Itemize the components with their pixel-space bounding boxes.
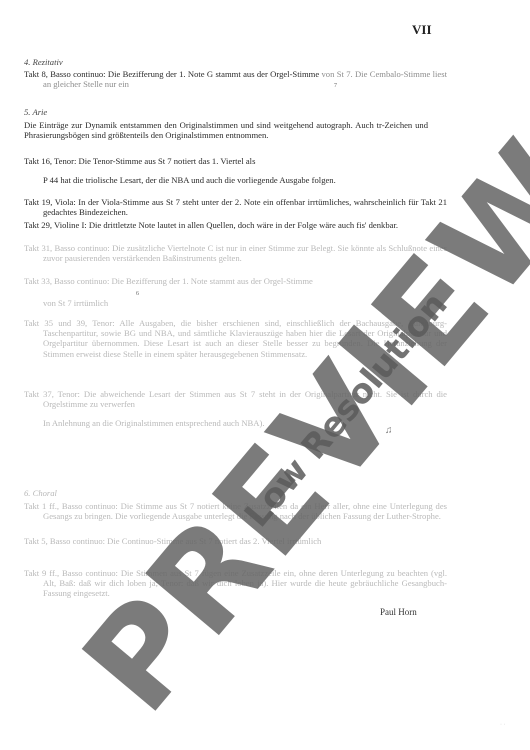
note-choral-3: Takt 9 ff., Basso continuo: Die Stimmen … [24,568,447,599]
note-takt-35-39: Takt 35 und 39, Tenor: Alle Ausgaben, di… [24,318,447,359]
note-choral-2: Takt 5, Basso continuo: Die Continuo-Sti… [24,536,447,546]
section-4-heading: 4. Rezitativ [24,57,428,67]
figured-bass-figure: 7 [334,83,337,89]
section-6-heading: 6. Choral [24,488,428,498]
note-takt-16: Takt 16, Tenor: Die Tenor-Stimme aus St … [24,156,447,166]
note-takt-8-line-1: Takt 8, Basso continuo: Die Bezifferung … [24,69,319,79]
note-takt-37: Takt 37, Tenor: Die abweichende Lesart d… [24,389,447,409]
page-number: VII [412,22,432,38]
document-page: VII 4. Rezitativ Takt 8, Basso continuo:… [0,0,530,750]
section-5-heading: 5. Arie [24,107,428,117]
note-takt-37-cont: In Anlehnung an die Originalstimmen ents… [24,418,447,428]
note-takt-31: Takt 31, Basso continuo: Die zusätzliche… [24,243,447,263]
note-takt-33-cont: von St 7 irrtümlich [24,298,447,308]
note-takt-33: Takt 33, Basso continuo: Die Bezifferung… [24,276,447,286]
figured-bass-figure-2: 6 [136,291,139,297]
note-takt-29: Takt 29, Violine I: Die drittletzte Note… [24,220,447,230]
note-takt-8: Takt 8, Basso continuo: Die Bezifferung … [24,69,447,89]
corner-mark: · · [500,722,506,728]
author-signature: Paul Horn [380,607,417,617]
section-5-intro: Die Einträge zur Dynamik entstammen den … [24,120,428,140]
note-takt-19: Takt 19, Viola: In der Viola-Stimme aus … [24,197,447,217]
note-choral-1: Takt 1 ff., Basso continuo: Die Stimme a… [24,501,447,521]
note-p44: P 44 hat die triolische Lesart, der die … [24,175,447,185]
